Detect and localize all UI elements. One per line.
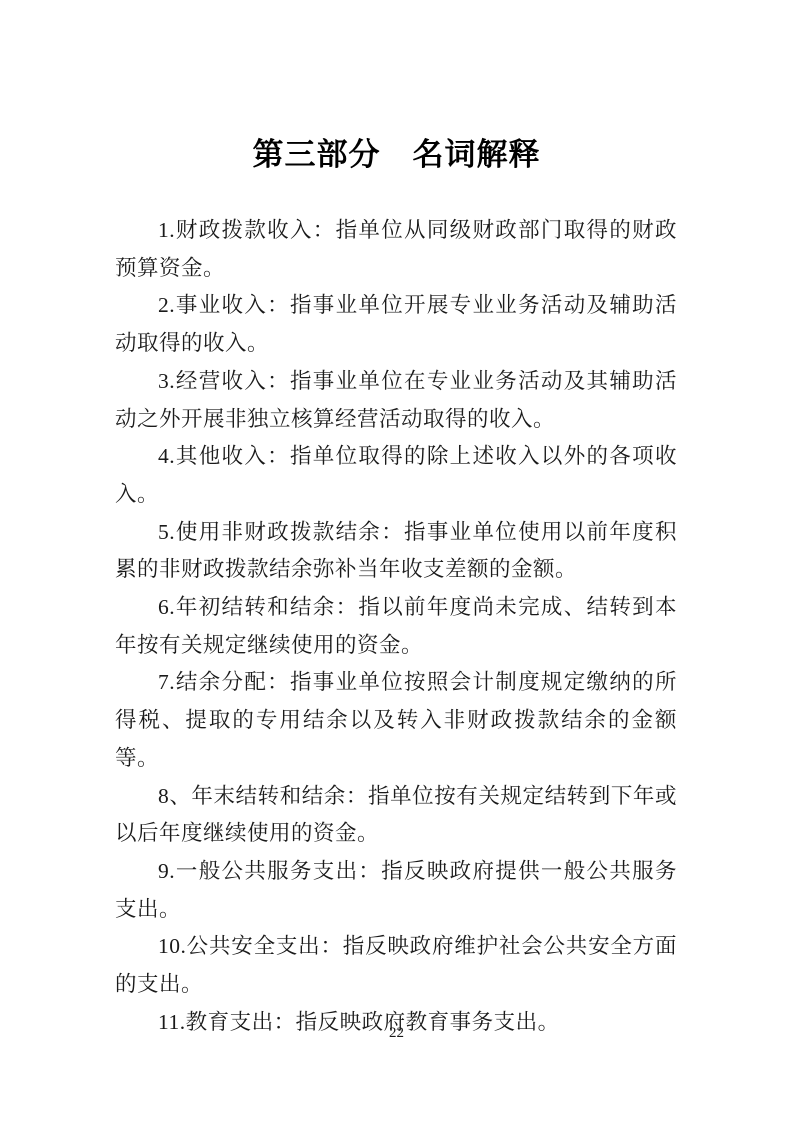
definition-paragraph-6: 6.年初结转和结余：指以前年度尚未完成、结转到本年按有关规定继续使用的资金。 <box>115 589 677 664</box>
definition-paragraph-5: 5.使用非财政拨款结余：指事业单位使用以前年度积累的非财政拨款结余弥补当年收支差… <box>115 514 677 589</box>
definition-paragraph-10: 10.公共安全支出：指反映政府维护社会公共安全方面的支出。 <box>115 928 677 1003</box>
document-page: 第三部分 名词解释 1.财政拨款收入：指单位从同级财政部门取得的财政预算资金。 … <box>0 0 793 1122</box>
definition-paragraph-7: 7.结余分配：指事业单位按照会计制度规定缴纳的所得税、提取的专用结余以及转入非财… <box>115 664 677 777</box>
page-number: 22 <box>0 1023 793 1043</box>
definition-paragraph-8: 8、年末结转和结余：指单位按有关规定结转到下年或以后年度继续使用的资金。 <box>115 778 677 853</box>
page-title: 第三部分 名词解释 <box>0 136 793 174</box>
document-body: 1.财政拨款收入：指单位从同级财政部门取得的财政预算资金。 2.事业收入：指事业… <box>115 212 677 1041</box>
definition-paragraph-2: 2.事业收入：指事业单位开展专业业务活动及辅助活动取得的收入。 <box>115 287 677 362</box>
definition-paragraph-9: 9.一般公共服务支出：指反映政府提供一般公共服务支出。 <box>115 853 677 928</box>
definition-paragraph-4: 4.其他收入：指单位取得的除上述收入以外的各项收入。 <box>115 438 677 513</box>
definition-paragraph-1: 1.财政拨款收入：指单位从同级财政部门取得的财政预算资金。 <box>115 212 677 287</box>
definition-paragraph-3: 3.经营收入：指事业单位在专业业务活动及其辅助活动之外开展非独立核算经营活动取得… <box>115 363 677 438</box>
